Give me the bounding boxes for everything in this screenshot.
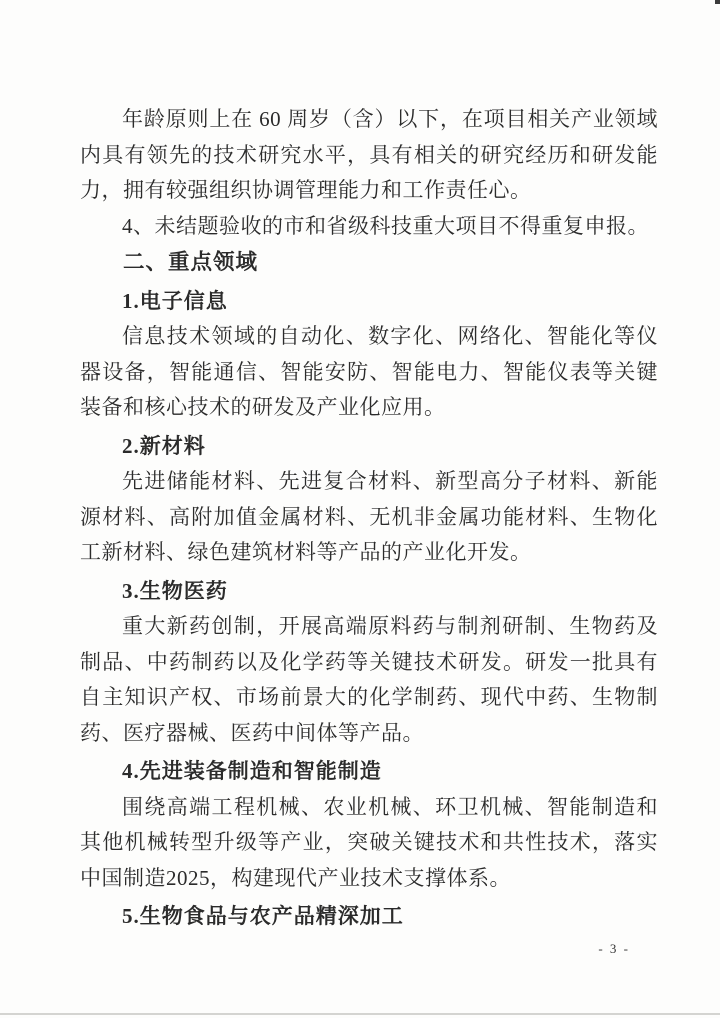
body-paragraph: 围绕高端工程机械、农业机械、环卫机械、智能制造和其他机械转型升级等产业，突破关键…	[80, 790, 658, 897]
topic-heading: 1.电子信息	[80, 284, 658, 320]
document-body: 年龄原则上在 60 周岁（含）以下，在项目相关产业领域内具有领先的技术研究水平，…	[80, 102, 658, 935]
body-paragraph: 信息技术领域的自动化、数字化、网络化、智能化等仪器设备，智能通信、智能安防、智能…	[80, 319, 658, 426]
scan-speck-artifact	[715, 0, 720, 4]
topic-heading: 2.新材料	[80, 429, 658, 465]
section-heading: 二、重点领域	[80, 245, 658, 281]
body-paragraph: 重大新药创制，开展高端原料药与制剂研制、生物药及制品、中药制药以及化学药等关键技…	[80, 609, 658, 751]
topic-heading: 3.生物医药	[80, 574, 658, 610]
scan-edge-artifact	[0, 1013, 720, 1015]
document-page: 年龄原则上在 60 周岁（含）以下，在项目相关产业领域内具有领先的技术研究水平，…	[0, 0, 720, 1018]
page-number: - 3 -	[598, 941, 630, 957]
topic-heading: 5.生物食品与农产品精深加工	[80, 899, 658, 935]
body-paragraph: 4、未结题验收的市和省级科技重大项目不得重复申报。	[80, 209, 658, 245]
body-paragraph: 年龄原则上在 60 周岁（含）以下，在项目相关产业领域内具有领先的技术研究水平，…	[80, 102, 658, 209]
body-paragraph: 先进储能材料、先进复合材料、新型高分子材料、新能源材料、高附加值金属材料、无机非…	[80, 464, 658, 571]
topic-heading: 4.先进装备制造和智能制造	[80, 754, 658, 790]
